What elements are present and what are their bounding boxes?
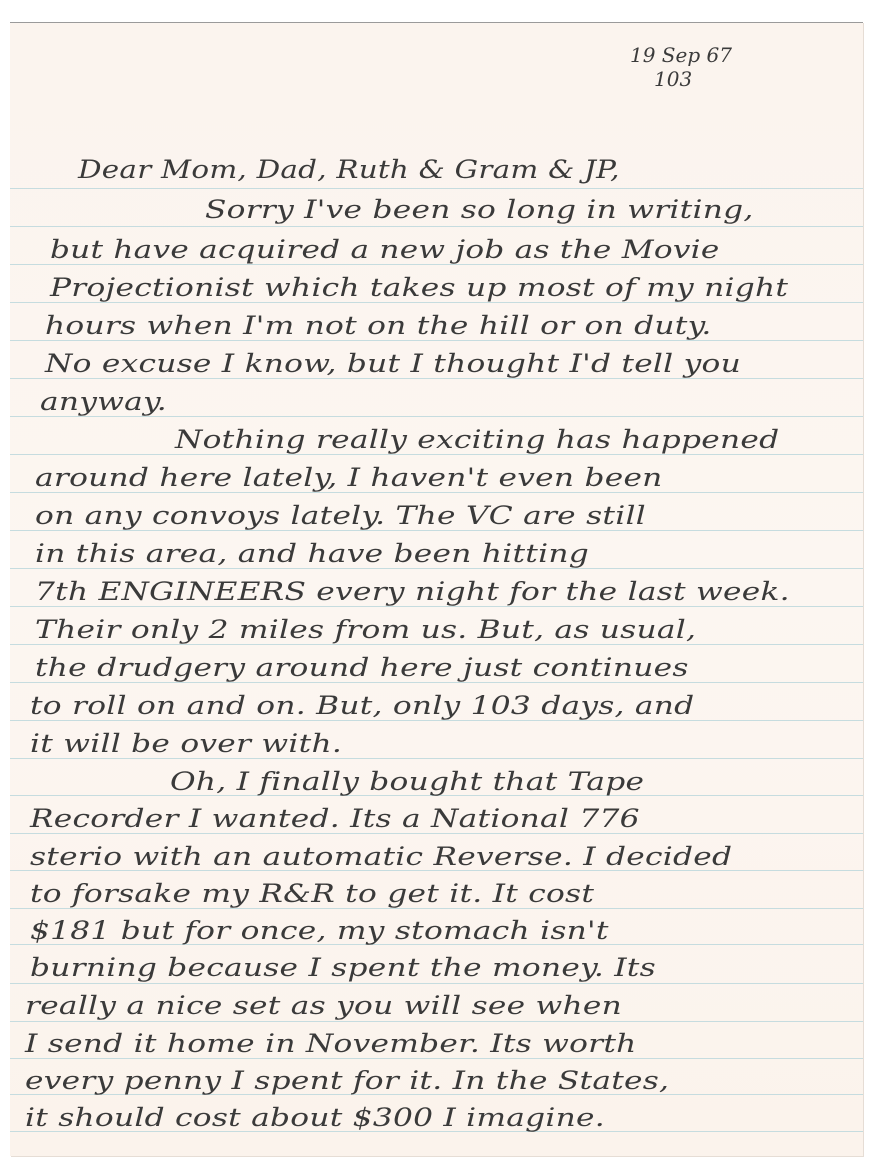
ruled-line — [10, 226, 863, 227]
letter-line: anyway. — [40, 387, 167, 416]
letter-line: the drudgery around here just continues — [35, 653, 689, 682]
ruled-line — [10, 644, 863, 645]
letter-line: I send it home in November. Its worth — [25, 1029, 637, 1058]
letter-line: to forsake my R&R to get it. It cost — [30, 879, 594, 908]
days-remaining-count: 103 — [630, 67, 732, 91]
ruled-line — [10, 454, 863, 455]
letter-page: 19 Sep 67 103 Dear Mom, Dad, Ruth & Gram… — [10, 22, 863, 1156]
letter-line: Oh, I finally bought that Tape — [170, 767, 644, 796]
letter-line: really a nice set as you will see when — [25, 991, 622, 1020]
letter-line: around here lately, I haven't even been — [35, 463, 663, 492]
ruled-line — [10, 720, 863, 721]
ruled-line — [10, 302, 863, 303]
letter-line: 7th ENGINEERS every night for the last w… — [35, 577, 790, 606]
ruled-line — [10, 1021, 863, 1022]
letter-line: on any convoys lately. The VC are still — [35, 501, 646, 530]
ruled-line — [10, 530, 863, 531]
letter-line: Their only 2 miles from us. But, as usua… — [35, 615, 696, 644]
ruled-line — [10, 758, 863, 759]
ruled-line — [10, 416, 863, 417]
letter-line: but have acquired a new job as the Movie — [50, 235, 720, 264]
letter-line: sterio with an automatic Reverse. I deci… — [30, 842, 732, 871]
ruled-line — [10, 492, 863, 493]
ruled-line — [10, 606, 863, 607]
letter-line: every penny I spent for it. In the State… — [25, 1066, 669, 1095]
ruled-line — [10, 1058, 863, 1059]
letter-line: burning because I spent the money. Its — [30, 953, 656, 982]
letter-line: Recorder I wanted. Its a National 776 — [30, 804, 640, 833]
letter-line: No excuse I know, but I thought I'd tell… — [45, 349, 741, 378]
ruled-line — [10, 378, 863, 379]
ruled-line — [10, 340, 863, 341]
letter-date: 19 Sep 67 — [630, 43, 732, 67]
letter-line: Projectionist which takes up most of my … — [50, 273, 788, 302]
letter-line: it should cost about $300 I imagine. — [25, 1103, 605, 1132]
letter-date-header: 19 Sep 67 103 — [630, 43, 732, 91]
ruled-line — [10, 188, 863, 189]
letter-greeting: Dear Mom, Dad, Ruth & Gram & JP, — [78, 155, 620, 184]
ruled-line — [10, 908, 863, 909]
ruled-line — [10, 568, 863, 569]
letter-line: it will be over with. — [30, 729, 342, 758]
ruled-line — [10, 833, 863, 834]
letter-line: $181 but for once, my stomach isn't — [30, 916, 609, 945]
letter-line: hours when I'm not on the hill or on dut… — [45, 311, 712, 340]
letter-line: Sorry I've been so long in writing, — [205, 195, 754, 224]
letter-line: in this area, and have been hitting — [35, 539, 589, 568]
letter-line: to roll on and on. But, only 103 days, a… — [30, 691, 694, 720]
letter-line: Nothing really exciting has happened — [175, 425, 779, 454]
ruled-line — [10, 264, 863, 265]
ruled-line — [10, 682, 863, 683]
ruled-line — [10, 983, 863, 984]
